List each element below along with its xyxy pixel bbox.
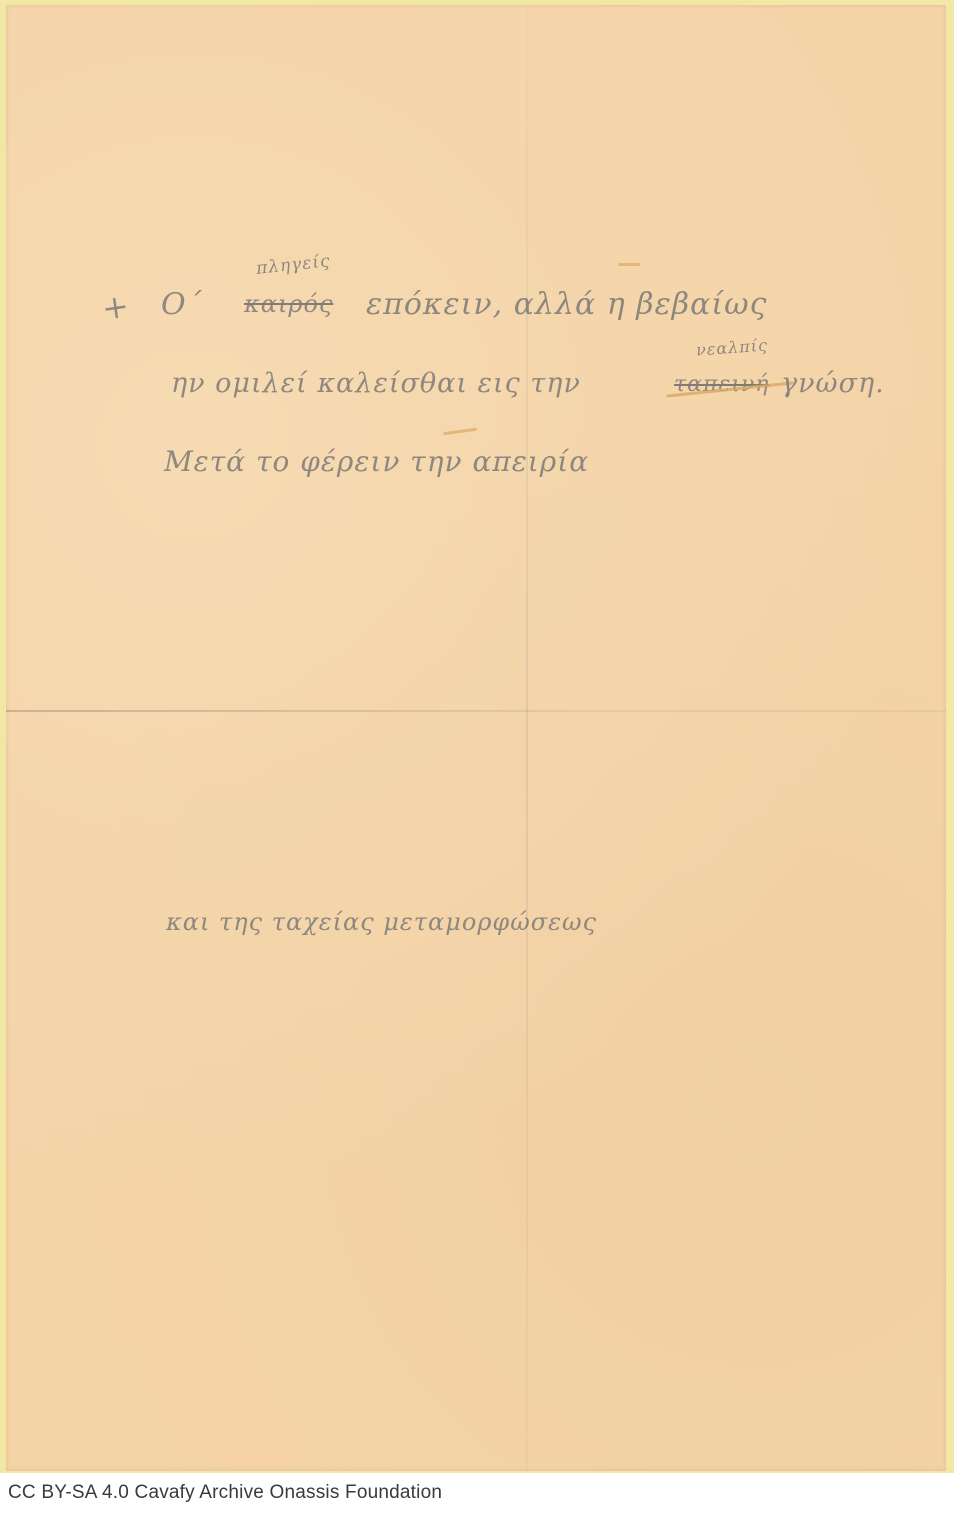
vertical-fold-line — [526, 5, 528, 1471]
horizontal-fold-line — [6, 710, 946, 712]
line-2-rest: γνώση. — [781, 368, 885, 399]
line-1-insertion: πληγείς — [255, 251, 331, 279]
margin-cross-mark: + — [99, 286, 132, 328]
license-credit: CC BY-SA 4.0 Cavafy Archive Onassis Foun… — [8, 1482, 442, 1504]
orange-mark-top — [618, 263, 640, 266]
line-2-insertion: νεαλπίς — [695, 336, 768, 360]
line-1-rest: επόκειν, αλλά η βεβαίως — [366, 287, 767, 322]
orange-mark-line3 — [443, 428, 477, 436]
scan-background: + Ο΄ πληγείς καιρός επόκειν, αλλά η βεβα… — [0, 0, 954, 1473]
line-2-start: ην ομιλεί καλείσθαι εις την — [171, 368, 581, 399]
line-1-struck-word: καιρός — [244, 290, 333, 318]
line-1-start: Ο΄ — [161, 287, 203, 322]
line-3: Μετά το φέρειν την απειρία — [164, 445, 589, 478]
line-4: και της ταχείας μεταμορφώσεως — [166, 908, 597, 936]
manuscript-page: + Ο΄ πληγείς καιρός επόκειν, αλλά η βεβα… — [6, 5, 946, 1471]
